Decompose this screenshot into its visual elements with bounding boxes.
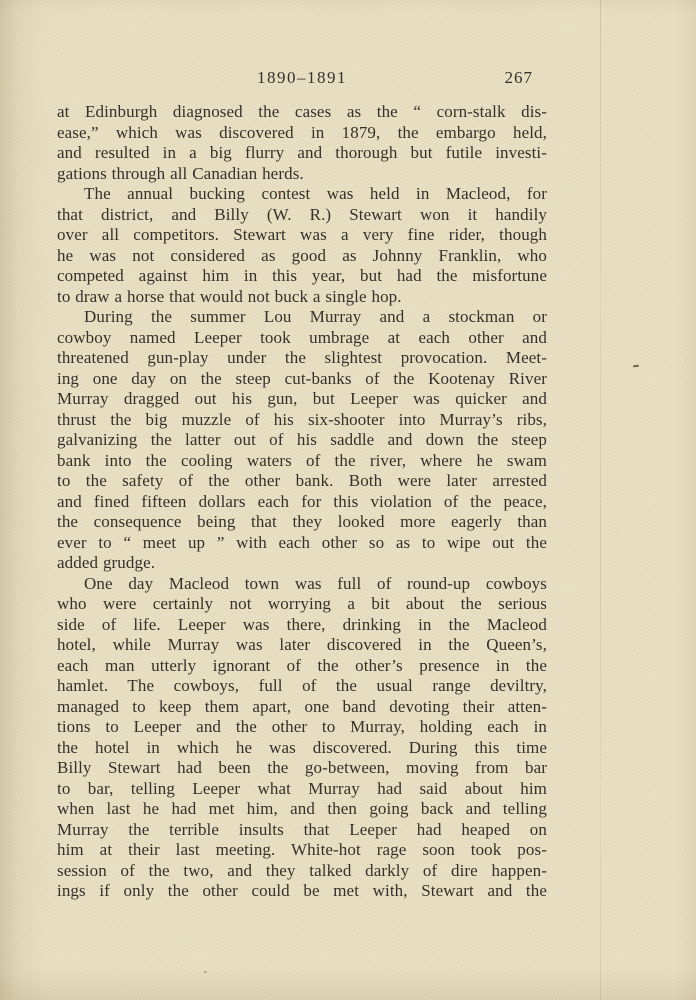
paragraph: The annual bucking contest was held in M… — [57, 184, 547, 307]
text-line: to draw a horse that would not buck a si… — [57, 287, 547, 308]
text-line: and fined fifteen dollars each for this … — [57, 492, 547, 513]
text-line: During the summer Lou Murray and a stock… — [57, 307, 547, 328]
text-line: Billy Stewart had been the go-between, m… — [57, 758, 547, 779]
ink-speck — [204, 971, 207, 973]
text-line: at Edinburgh diagnosed the cases as the … — [57, 102, 547, 123]
text-line: and resulted in a big flurry and thoroug… — [57, 143, 547, 164]
text-line: cowboy named Leeper took umbrage at each… — [57, 328, 547, 349]
paragraph: One day Macleod town was full of round-u… — [57, 574, 547, 902]
text-line: session of the two, and they talked dark… — [57, 861, 547, 882]
text-line: Murray the terrible insults that Leeper … — [57, 820, 547, 841]
running-head-title: 1890–1891 — [57, 67, 547, 88]
text-line: galvanizing the latter out of his saddle… — [57, 430, 547, 451]
paragraph: at Edinburgh diagnosed the cases as the … — [57, 102, 547, 184]
ink-speck — [278, 191, 281, 194]
paper-crease-line — [600, 0, 601, 1000]
text-line: ever to “ meet up ” with each other so a… — [57, 533, 547, 554]
text-line: managed to keep them apart, one band dev… — [57, 697, 547, 718]
text-line: tions to Leeper and the other to Murray,… — [57, 717, 547, 738]
text-line: thrust the big muzzle of his six-shooter… — [57, 410, 547, 431]
text-line: The annual bucking contest was held in M… — [57, 184, 547, 205]
text-line: ing one day on the steep cut-banks of th… — [57, 369, 547, 390]
text-line: ings if only the other could be met with… — [57, 881, 547, 902]
page-body: at Edinburgh diagnosed the cases as the … — [57, 102, 547, 902]
text-line: who were certainly not worrying a bit ab… — [57, 594, 547, 615]
text-line: to bar, telling Leeper what Murray had s… — [57, 779, 547, 800]
text-line: the consequence being that they looked m… — [57, 512, 547, 533]
text-line: him at their last meeting. White-hot rag… — [57, 840, 547, 861]
text-line: when last he had met him, and then going… — [57, 799, 547, 820]
text-line: One day Macleod town was full of round-u… — [57, 574, 547, 595]
text-line: competed against him in this year, but h… — [57, 266, 547, 287]
text-line: gations through all Canadian herds. — [57, 164, 547, 185]
text-line: the hotel in which he was discovered. Du… — [57, 738, 547, 759]
ink-speck — [633, 365, 639, 368]
text-line: each man utterly ignorant of the other’s… — [57, 656, 547, 677]
running-header: 1890–1891 267 — [57, 67, 547, 89]
text-line: hamlet. The cowboys, full of the usual r… — [57, 676, 547, 697]
page-number: 267 — [505, 67, 534, 88]
paragraph: During the summer Lou Murray and a stock… — [57, 307, 547, 574]
text-line: hotel, while Murray was later discovered… — [57, 635, 547, 656]
text-line: bank into the cooling waters of the rive… — [57, 451, 547, 472]
text-line: he was not considered as good as Johnny … — [57, 246, 547, 267]
text-line: side of life. Leeper was there, drinking… — [57, 615, 547, 636]
text-line: over all competitors. Stewart was a very… — [57, 225, 547, 246]
text-line: threatened gun-play under the slightest … — [57, 348, 547, 369]
text-line: ease,” which was discovered in 1879, the… — [57, 123, 547, 144]
text-line: Murray dragged out his gun, but Leeper w… — [57, 389, 547, 410]
text-line: that district, and Billy (W. R.) Stewart… — [57, 205, 547, 226]
book-page-scan: 1890–1891 267 at Edinburgh diagnosed the… — [0, 0, 696, 1000]
text-line: to the safety of the other bank. Both we… — [57, 471, 547, 492]
text-line: added grudge. — [57, 553, 547, 574]
